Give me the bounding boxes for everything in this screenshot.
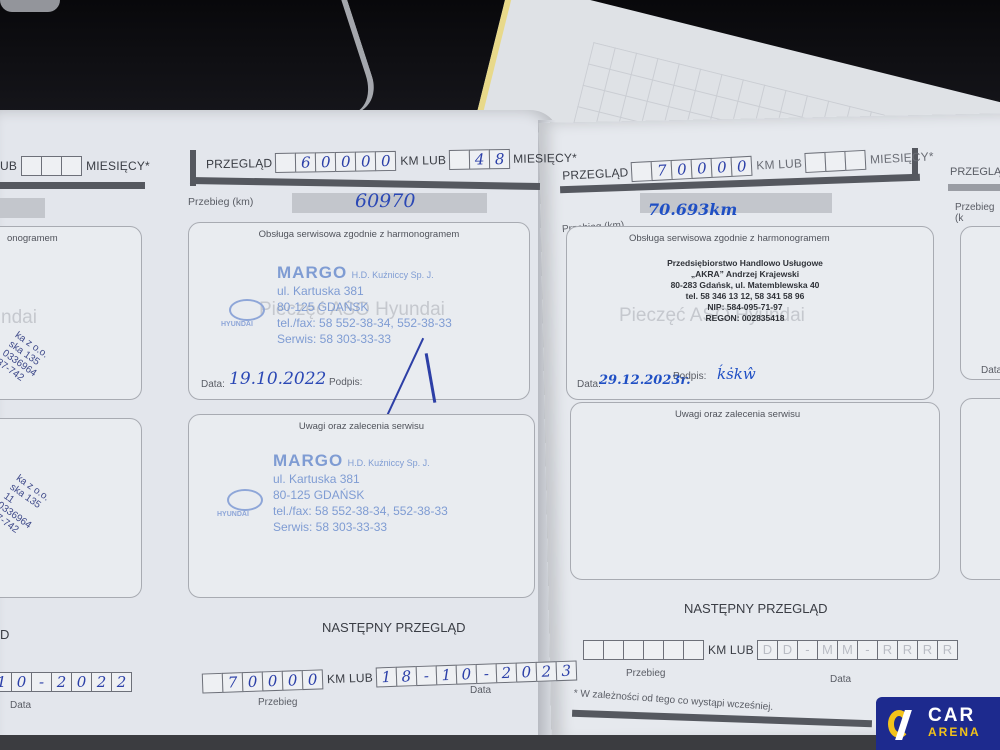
digit-box [643, 640, 664, 660]
service-stamp-panel: Obsługa serwisowa zgodnie z harmonograme… [188, 222, 530, 400]
digit-box: 0 [375, 151, 396, 171]
stamp-line: Przedsiębiorstwo Handlowo Usługowe [620, 258, 870, 269]
digit-box: 4 [469, 149, 490, 169]
left-edge-header: UB MIESIĘCY* [0, 156, 150, 176]
digit-box: 0 [71, 672, 92, 692]
next-date-boxes: DD-MM-RRRR [758, 640, 958, 660]
digit-box: 0 [711, 157, 733, 178]
months-box [21, 156, 42, 176]
digit-box [663, 640, 684, 660]
przebieg-caption: Przebieg [626, 668, 665, 679]
digit-box: - [857, 640, 878, 660]
digit-box: R [937, 640, 958, 660]
dealer-stamp: MARGO H.D. Kuźniccy Sp. J. ul. Kartuska … [277, 263, 452, 347]
digit-box: 2 [535, 661, 557, 682]
przebieg-value: 70.693km [648, 200, 737, 219]
hyundai-logo-icon [227, 489, 263, 511]
stamp-street: ul. Kartuska 381 [273, 471, 448, 487]
date-label: Data: [201, 379, 225, 390]
digit-box: 0 [11, 672, 32, 692]
hyundai-brand-text: HYUNDAI [217, 511, 249, 518]
signature-label: Podpis: [673, 371, 706, 382]
stamp-name: MARGO [273, 451, 343, 470]
stamp-phone: tel./fax: 58 552-38-34, 552-38-33 [277, 315, 452, 331]
przebieg-value: 60970 [355, 190, 415, 212]
km-lub-label: KM LUB [400, 153, 446, 168]
digit-box: 0 [242, 671, 264, 692]
digit-box: - [31, 672, 52, 692]
km-boxes: 60000 [276, 151, 396, 173]
km-lub-label: KM LUB [327, 671, 373, 687]
digit-box [603, 640, 624, 660]
stamp-street: ul. Kartuska 381 [277, 283, 452, 299]
digit-box: - [475, 663, 497, 684]
car-arena-watermark: CAR ARENA [876, 697, 1000, 750]
stamp-company: H.D. Kuźniccy Sp. J. [352, 270, 434, 280]
date-label: Data: [577, 379, 601, 390]
stamp-city: 80-125 GDAŃSK [273, 487, 448, 503]
stamp-fragment: ka z o.o. ska 135 11 0336964 87-742 [0, 473, 52, 540]
stamp-line: REGON: 002835418 [620, 313, 870, 324]
months-label: MIESIĘCY* [870, 149, 934, 166]
panel-title: Obsługa serwisowa zgodnie z harmonograme… [189, 229, 529, 240]
months-label: MIESIĘCY* [513, 151, 577, 166]
digit-box: 1 [436, 665, 458, 686]
date-caption: Data [470, 685, 491, 696]
months-boxes [806, 150, 867, 173]
digit-box [275, 153, 296, 173]
digit-box: 2 [495, 663, 517, 684]
signature-stroke [425, 353, 437, 403]
stamp-line: NIP: 584-095-71-97 [620, 302, 870, 313]
digit-box: D [777, 640, 798, 660]
hyundai-brand-text: HYUNDAI [221, 321, 253, 328]
digit-box: 2 [91, 672, 112, 692]
header-bar [0, 182, 145, 189]
digit-box: 0 [515, 662, 537, 683]
date-caption: Data [10, 700, 31, 711]
digit-box: - [416, 665, 438, 686]
date-caption: Data [830, 674, 851, 685]
panel-title-fragment: onogramem [7, 233, 141, 244]
digit-box: 7 [222, 672, 244, 693]
digit-box: 8 [489, 149, 510, 169]
digit-box: 0 [335, 152, 356, 172]
right-edge-header: PRZEGLĄD [950, 166, 1000, 178]
remarks-panel: Uwagi oraz zalecenia serwisu HYUNDAI MAR… [188, 414, 535, 598]
watermark-arena: ARENA [928, 724, 981, 740]
digit-box: 2 [111, 672, 132, 692]
digit-box: 0 [315, 152, 336, 172]
przebieg-field [0, 198, 45, 218]
km-lub-fragment: UB [0, 159, 17, 173]
next-km-boxes: 70000 [203, 669, 324, 693]
digit-box: 0 [355, 151, 376, 171]
left-edge-next-date: 10-2022 [0, 672, 132, 692]
months-box [61, 156, 82, 176]
right-edge-przebieg: Przebieg (k [955, 202, 1000, 224]
digit-box [631, 161, 653, 182]
stamp-phone: tel./fax: 58 552-38-34, 552-38-33 [273, 503, 448, 519]
digit-box [845, 150, 867, 171]
right-edge-panel: Data [960, 226, 1000, 380]
next-service-fragment: D [0, 627, 9, 642]
digit-box: 0 [262, 671, 284, 692]
digit-box [683, 640, 704, 660]
digit-box [583, 640, 604, 660]
digit-box: 8 [396, 666, 418, 687]
digit-box: D [757, 640, 778, 660]
dealer-stamp: MARGO H.D. Kuźniccy Sp. J. ul. Kartuska … [273, 451, 448, 535]
przebieg-caption: Przebieg [258, 697, 297, 708]
digit-box: 2 [51, 672, 72, 692]
gear-knob [0, 0, 60, 12]
digit-box: 0 [282, 670, 304, 691]
service-panel-edge: onogramem ndai ka z o.o. ska 135 0336964… [0, 226, 142, 400]
ghost-text-fragment: ndai [1, 307, 37, 329]
digit-box [623, 640, 644, 660]
digit-box [202, 673, 224, 694]
panel-title: Uwagi oraz zalecenia serwisu [675, 409, 939, 420]
digit-box: 6 [295, 152, 316, 172]
service-date-value: 19.10.2022 [229, 369, 326, 389]
przeglad-label: PRZEGLĄD [562, 165, 629, 182]
digit-box: - [797, 640, 818, 660]
digit-box: 0 [731, 156, 753, 177]
przeglad-label: PRZEGLĄD [206, 156, 273, 171]
date-label: Data [981, 365, 1000, 376]
digit-box: 0 [456, 664, 478, 685]
next-km-boxes [584, 640, 704, 660]
przebieg-label: Przebieg (km) [188, 196, 253, 208]
km-lub-label: KM LUB [708, 643, 754, 657]
months-box [41, 156, 62, 176]
stamp-fragment: ka z o.o. ska 135 0336964 87-742 [0, 330, 51, 388]
header-bar [948, 184, 1000, 191]
digit-box: M [837, 640, 858, 660]
akra-stamp: Przedsiębiorstwo Handlowo Usługowe „AKRA… [620, 258, 870, 324]
panel-title: Obsługa serwisowa zgodnie z harmonograme… [629, 233, 933, 244]
digit-box: R [897, 640, 918, 660]
stamp-company: H.D. Kuźniccy Sp. J. [348, 458, 430, 468]
panel-title: Uwagi oraz zalecenia serwisu [189, 421, 534, 432]
stamp-service-phone: Serwis: 58 303-33-33 [277, 331, 452, 347]
stamp-line: „AKRA” Andrzej Krajewski [620, 269, 870, 280]
stamp-city: 80-125 GDAŃSK [277, 299, 452, 315]
car-arena-logo-icon [888, 708, 918, 740]
digit-box [449, 150, 470, 170]
digit-box: 7 [651, 160, 673, 181]
digit-box: 0 [671, 159, 693, 180]
stamp-line: tel. 58 346 13 12, 58 341 58 96 [620, 291, 870, 302]
signature-label: Podpis: [329, 377, 362, 388]
stamp-line: 80-283 Gdańsk, ul. Matemblewska 40 [620, 280, 870, 291]
digit-box: 1 [376, 667, 398, 688]
right-edge-panel [960, 398, 1000, 580]
digit-box: 0 [302, 669, 324, 690]
km-lub-label: KM LUB [756, 156, 803, 172]
digit-box [825, 151, 847, 172]
remarks-panel-edge: ka z o.o. ska 135 11 0336964 87-742 [0, 418, 142, 598]
page-edge-shadow [0, 735, 880, 750]
signature: ḱṡkŵ [717, 365, 756, 383]
stamp-name: MARGO [277, 263, 347, 282]
digit-box: M [817, 640, 838, 660]
months-boxes: 48 [450, 149, 510, 170]
watermark-car: CAR [928, 708, 981, 724]
next-service-title: NASTĘPNY PRZEGLĄD [322, 620, 466, 635]
next-service-title: NASTĘPNY PRZEGLĄD [684, 601, 828, 616]
stamp-service-phone: Serwis: 58 303-33-33 [273, 519, 448, 535]
digit-box: R [917, 640, 938, 660]
next-service-row: KM LUB DD-MM-RRRR [584, 640, 958, 660]
digit-box [805, 152, 827, 173]
digit-box: 3 [555, 660, 577, 681]
hyundai-logo-icon [229, 299, 265, 321]
months-label: MIESIĘCY* [86, 159, 150, 173]
digit-box: R [877, 640, 898, 660]
remarks-panel: Uwagi oraz zalecenia serwisu [570, 402, 940, 580]
digit-box: 0 [691, 158, 713, 179]
